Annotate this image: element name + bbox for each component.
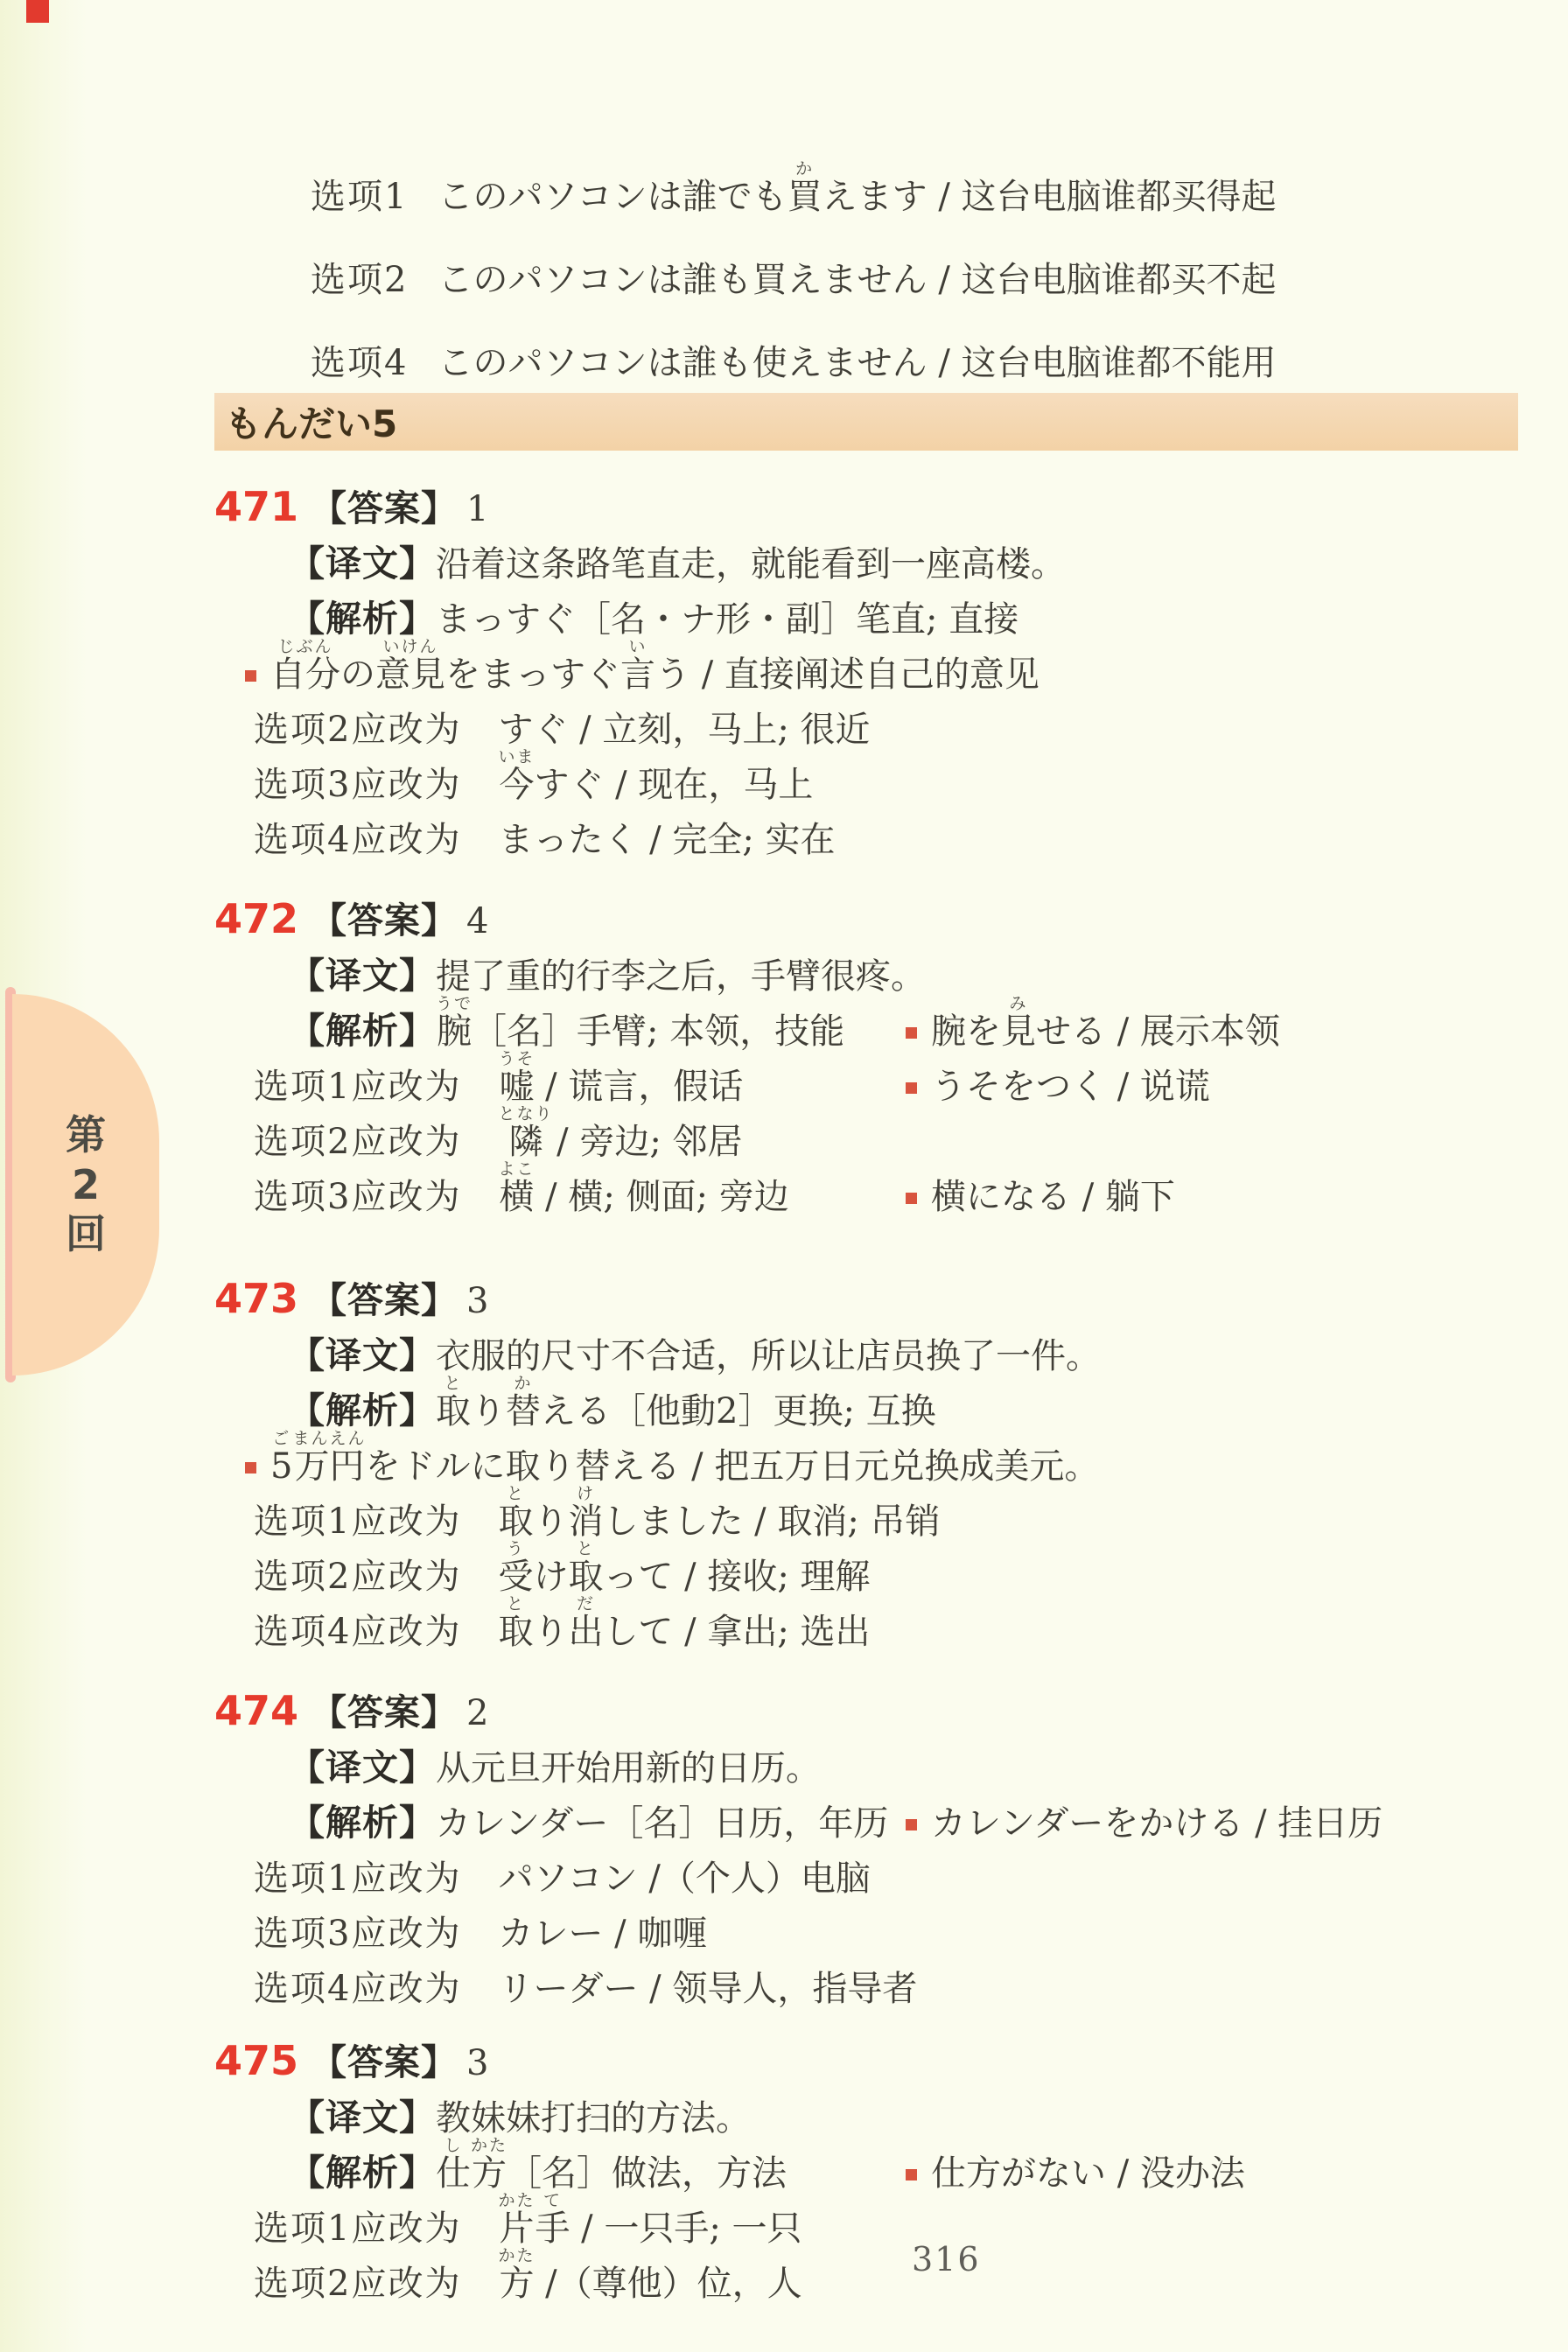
option-correction-row: 选项1应改为片かた手て / 一只手; 一只 [214,2191,1518,2246]
furigana: かた [498,2246,535,2265]
furigana: いま [498,747,535,766]
bullet-icon [906,1027,917,1039]
translation-label: 【译文】 [289,958,436,994]
inline-example: うそをつく / 说谎 [906,1069,1210,1104]
translation-row: 【译文】从元旦开始用新的日历。 [214,1731,1518,1786]
analysis-text: まっすぐ［名・ナ形・副］笔直; 直接 [436,602,1018,637]
furigana: かた [498,2191,535,2210]
analysis-row: 【解析】カレンダー［名］日历，年历カレンダーをかける / 挂日历 [214,1786,1518,1841]
option-label: 选项4应改为 [254,822,461,857]
answer-row: 472【答案】4 [214,884,1518,939]
answer-value: 2 [466,1696,488,1731]
analysis-text: 仕し方かた［名］做法，方法 [436,2136,787,2191]
option-correction-row: 选项4应改为リーダー / 领导人，指导者 [214,1951,1518,2006]
option-correction-row: 选项1应改为嘘うそ / 谎言，假话うそをつく / 说谎 [214,1049,1518,1104]
translation-label: 【译文】 [289,546,436,582]
answer-section: 472【答案】4【译文】提了重的行李之后，手臂很疼。【解析】腕うで［名］手臂; … [214,884,1518,1214]
furigana: み [1001,994,1036,1013]
corner-red-mark [26,0,49,23]
furigana-text: 出だ [568,1612,603,1652]
furigana-text: 取と [498,1612,533,1652]
question-number: 471 [214,486,298,527]
answer-value: 3 [466,1284,488,1319]
continued-option-line: 选项4このパソコンは誰も使えません / 这台电脑谁都不能用 [214,297,1518,381]
inline-example: 腕を見みせる / 展示本领 [906,994,1280,1049]
option-label: 选项2应改为 [254,1124,461,1159]
furigana: と [436,1374,471,1393]
example-row: 自分じぶんの意見いけんをまっすぐ言いう / 直接阐述自己的意见 [214,637,1518,692]
option-correction-text: 取とり消けしました / 取消; 吊销 [498,1484,940,1539]
furigana: いけん [375,637,445,656]
option-label: 选项2 [311,262,408,297]
top-options-block: 选项1このパソコンは誰でも買かえます / 这台电脑谁都买得起选项2このパソコンは… [214,131,1518,381]
option-correction-row: 选项3应改为今いますぐ / 现在，马上 [214,747,1518,802]
continued-option-line: 选项1このパソコンは誰でも買かえます / 这台电脑谁都买得起 [214,131,1518,214]
furigana-text: 取と [568,1557,603,1597]
option-correction-row: 选项2应改为方かた /（尊他）位，人 [214,2246,1518,2301]
answer-section: 474【答案】2【译文】从元旦开始用新的日历。【解析】カレンダー［名］日历，年历… [214,1676,1518,2006]
option-label: 选项1应改为 [254,1069,461,1104]
translation-label: 【译文】 [289,1750,436,1786]
chapter-tab-char: 回 [66,1211,106,1257]
option-label: 选项1 [311,179,408,214]
furigana-text: 取と [498,1501,533,1542]
bullet-icon [906,1819,917,1830]
furigana-text: 嘘うそ [498,1067,534,1107]
option-correction-text: カレー / 咖喱 [498,1916,707,1951]
furigana-text: 替か [506,1391,541,1431]
option-correction-text: 隣となり / 旁边; 邻居 [498,1104,742,1159]
furigana: ご [270,1429,292,1448]
inline-example: 横になる / 躺下 [906,1179,1175,1214]
option-correction-text: パソコン /（个人）电脑 [498,1861,870,1896]
example-text: 仕方がない / 没办法 [931,2156,1245,2191]
bullet-icon [906,1193,917,1204]
question-number: 473 [214,1278,298,1319]
furigana-text: 隣となり [498,1122,545,1162]
answer-label: 【答案】 [311,491,458,527]
example-text: うそをつく / 说谎 [931,1069,1210,1104]
option-correction-row: 选项3应改为カレー / 咖喱 [214,1896,1518,1951]
furigana-text: 片かた [498,2208,535,2249]
option-correction-row: 选项2应改为すぐ / 立刻，马上; 很近 [214,692,1518,747]
answer-label: 【答案】 [311,1695,458,1731]
option-label: 选项4应改为 [254,1971,461,2006]
analysis-text: 取とり替かえる［他動2］更换; 互换 [436,1374,936,1429]
option-correction-text: 嘘うそ / 谎言，假话 [498,1049,743,1104]
page-number: 316 [912,2240,981,2278]
answer-value: 3 [466,2046,488,2081]
furigana: まんえん [292,1429,366,1448]
furigana-text: 横よこ [498,1177,534,1217]
mondai-header-bar: もんだい5 [214,393,1518,451]
option-correction-text: リーダー / 领导人，指导者 [498,1971,917,2006]
translation-text: 提了重的行李之后，手臂很疼。 [436,959,926,994]
furigana: と [498,1594,533,1613]
furigana: と [498,1484,533,1503]
option-label: 选项2应改为 [254,1559,461,1594]
translation-text: 衣服的尺寸不合适，所以让店员换了一件。 [436,1339,1101,1374]
option-label: 选项2应改为 [254,712,461,747]
example-text: カレンダーをかける / 挂日历 [931,1806,1382,1841]
furigana-text: 今いま [498,765,534,805]
bullet-icon [906,1082,917,1094]
option-sentence: このパソコンは誰も使えません / 这台电脑谁都不能用 [437,346,1276,381]
example-text: 横になる / 躺下 [931,1179,1175,1214]
furigana: うで [436,994,472,1013]
answer-label: 【答案】 [311,2045,458,2081]
example-row: 5ご万円まんえんをドルに取り替える / 把五万日元兑换成美元。 [214,1429,1518,1484]
option-label: 选项4应改为 [254,1614,461,1649]
book-page: 第 2 回 选项1このパソコンは誰でも買かえます / 这台电脑谁都买得起选项2こ… [0,0,1568,2352]
chapter-tab-char: 第 [66,1112,106,1158]
furigana-text: 取と [436,1391,471,1431]
option-correction-text: 受うけ取とって / 接收; 理解 [498,1539,870,1594]
answer-value: 4 [466,904,488,939]
answer-label: 【答案】 [311,903,458,939]
analysis-row: 【解析】まっすぐ［名・ナ形・副］笔直; 直接 [214,582,1518,637]
furigana: かた [471,2136,507,2155]
furigana-text: 方かた [498,2264,534,2304]
option-correction-row: 选项1应改为取とり消けしました / 取消; 吊销 [214,1484,1518,1539]
inline-example: 仕方がない / 没办法 [906,2156,1245,2191]
question-number: 475 [214,2040,298,2081]
furigana: うそ [498,1049,535,1068]
answer-value: 1 [466,492,488,527]
translation-text: 从元旦开始用新的日历。 [436,1751,821,1786]
answer-label: 【答案】 [311,1283,458,1319]
option-correction-row: 选项2应改为受うけ取とって / 接收; 理解 [214,1539,1518,1594]
page-content: 选项1このパソコンは誰でも買かえます / 这台电脑谁都买得起选项2このパソコンは… [214,131,1518,2301]
option-label: 选项3应改为 [254,1179,461,1214]
furigana: う [498,1539,533,1558]
option-sentence: このパソコンは誰も買えません / 这台电脑谁都买不起 [437,262,1276,297]
option-label: 选项2应改为 [254,2266,461,2301]
option-label: 选项1应改为 [254,1861,461,1896]
furigana: て [535,2191,570,2210]
translation-label: 【译文】 [289,1338,436,1374]
furigana: し [436,2136,471,2155]
question-number: 474 [214,1690,298,1731]
furigana: い [620,637,655,656]
translation-text: 教妹妹打扫的方法。 [436,2101,751,2136]
furigana: となり [498,1104,553,1123]
option-correction-row: 选项2应改为隣となり / 旁边; 邻居 [214,1104,1518,1159]
furigana-text: 万円まんえん [292,1446,365,1487]
chapter-tab-char: 2 [72,1162,100,1208]
translation-label: 【译文】 [289,2100,436,2136]
option-label: 选项1应改为 [254,2211,461,2246]
option-correction-text: 今いますぐ / 现在，马上 [498,747,813,802]
option-correction-row: 选项4应改为まったく / 完全; 实在 [214,802,1518,857]
analysis-row: 【解析】仕し方かた［名］做法，方法仕方がない / 没办法 [214,2136,1518,2191]
sections-block: 471【答案】1【译文】沿着这条路笔直走，就能看到一座高楼。【解析】まっすぐ［名… [214,472,1518,2301]
option-sentence: このパソコンは誰でも買かえます / 这台电脑谁都买得起 [437,159,1276,214]
chapter-tab: 第 2 回 [12,994,159,1375]
analysis-label: 【解析】 [289,1393,436,1429]
answer-row: 473【答案】3 [214,1263,1518,1319]
furigana-text: 方かた [471,2153,507,2194]
furigana: だ [568,1594,603,1613]
option-correction-text: 横よこ / 横; 侧面; 旁边 [498,1159,788,1214]
answer-row: 471【答案】1 [214,472,1518,527]
furigana: じぶん [270,637,340,656]
furigana-text: 手て [535,2208,570,2249]
option-correction-row: 选项1应改为パソコン /（个人）电脑 [214,1841,1518,1896]
bullet-icon [245,670,256,682]
analysis-text: 腕うで［名］手臂; 本领，技能 [436,994,844,1049]
furigana-text: 腕うで [436,1011,472,1052]
translation-row: 【译文】提了重的行李之后，手臂很疼。 [214,939,1518,994]
analysis-label: 【解析】 [289,601,436,637]
inline-example: カレンダーをかける / 挂日历 [906,1806,1382,1841]
furigana: か [506,1374,541,1393]
answer-row: 474【答案】2 [214,1676,1518,1731]
example-text: 自分じぶんの意見いけんをまっすぐ言いう / 直接阐述自己的意见 [270,637,1039,692]
example-text: 腕を見みせる / 展示本领 [931,994,1280,1049]
answer-section: 471【答案】1【译文】沿着这条路笔直走，就能看到一座高楼。【解析】まっすぐ［名… [214,472,1518,857]
answer-row: 475【答案】3 [214,2026,1518,2081]
option-correction-row: 选项3应改为横よこ / 横; 侧面; 旁边横になる / 躺下 [214,1159,1518,1214]
furigana: と [568,1539,603,1558]
furigana-text: 仕し [436,2153,471,2194]
translation-row: 【译文】教妹妹打扫的方法。 [214,2081,1518,2136]
option-correction-text: 方かた /（尊他）位，人 [498,2246,801,2301]
option-label: 选项3应改为 [254,1916,461,1951]
option-label: 选项3应改为 [254,767,461,802]
translation-row: 【译文】衣服的尺寸不合适，所以让店员换了一件。 [214,1319,1518,1374]
translation-text: 沿着这条路笔直走，就能看到一座高楼。 [436,547,1066,582]
translation-row: 【译文】沿着这条路笔直走，就能看到一座高楼。 [214,527,1518,582]
furigana-text: 意見いけん [375,654,445,695]
answer-section: 475【答案】3【译文】教妹妹打扫的方法。【解析】仕し方かた［名］做法，方法仕方… [214,2026,1518,2301]
furigana-text: 自分じぶん [270,654,340,695]
furigana-text: 言い [620,654,655,695]
continued-option-line: 选项2このパソコンは誰も買えません / 这台电脑谁都买不起 [214,214,1518,297]
option-label: 选项4 [311,346,408,381]
analysis-label: 【解析】 [289,1013,436,1049]
analysis-text: カレンダー［名］日历，年历 [436,1806,888,1841]
bullet-icon [906,2169,917,2180]
furigana: か [787,159,822,178]
furigana-text: 買か [787,177,822,217]
example-text: 5ご万円まんえんをドルに取り替える / 把五万日元兑换成美元。 [270,1429,1099,1484]
furigana-text: 受う [498,1557,533,1597]
question-number: 472 [214,899,298,939]
option-correction-text: 取とり出だして / 拿出; 选出 [498,1594,870,1649]
furigana-text: 消け [568,1501,603,1542]
option-correction-row: 选项4应改为取とり出だして / 拿出; 选出 [214,1594,1518,1649]
furigana: け [568,1484,603,1503]
furigana: よこ [498,1159,535,1179]
bullet-icon [245,1462,256,1473]
analysis-row: 【解析】取とり替かえる［他動2］更换; 互换 [214,1374,1518,1429]
analysis-label: 【解析】 [289,1805,436,1841]
answer-section: 473【答案】3【译文】衣服的尺寸不合适，所以让店员换了一件。【解析】取とり替か… [214,1263,1518,1649]
option-correction-text: まったく / 完全; 实在 [498,822,835,857]
analysis-label: 【解析】 [289,2155,436,2191]
furigana-text: 見み [1001,1011,1036,1052]
option-correction-text: すぐ / 立刻，马上; 很近 [498,712,870,747]
furigana-text: 5ご [270,1446,292,1487]
mondai-header-label: もんだい5 [225,395,397,448]
option-correction-text: 片かた手て / 一只手; 一只 [498,2191,801,2246]
option-label: 选项1应改为 [254,1504,461,1539]
analysis-row: 【解析】腕うで［名］手臂; 本领，技能腕を見みせる / 展示本领 [214,994,1518,1049]
